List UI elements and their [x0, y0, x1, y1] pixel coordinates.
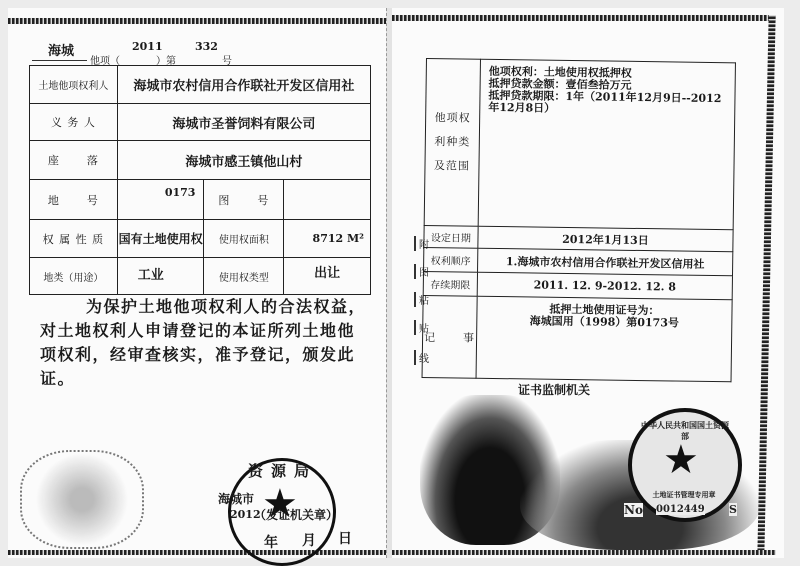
date-unit-year: 年 [264, 532, 278, 552]
side-label-char: 粘 [414, 292, 430, 307]
seal-year: 2012 [230, 508, 261, 521]
side-label-char: 附 [414, 236, 430, 251]
label-lot-number: 地 号 [30, 180, 118, 220]
supervisor-label: 证书监制机关 [518, 381, 590, 398]
table-row: 地 号 0173 图 号 [30, 180, 371, 220]
label-ownership-nature: 权 属 性 质 [30, 220, 118, 258]
rosette-emblem-icon [20, 450, 144, 549]
table-row: 权 属 性 质 国有土地使用权 使用权面积 8712 M² [30, 220, 371, 258]
seal-ring-text: 中华人民共和国国土资源部 [640, 420, 730, 442]
table-row: 土地他项权利人 海城市农村信用合作联社开发区信用社 [30, 66, 371, 104]
side-label-char: 线 [414, 350, 430, 365]
value-land-use: 工业 [117, 258, 204, 295]
value-rights-scope: 他项权利：土地使用权抵押权 抵押贷款金额：壹佰叁拾万元 抵押贷款期限：1年（20… [478, 59, 735, 230]
seal-bottom-text: 土地证书管理专用章 [648, 490, 720, 500]
label-set-date: 设定日期 [424, 225, 478, 248]
serial-suffix: S [729, 503, 737, 516]
value-duration: 2011. 12. 9-2012. 12. 8 [477, 272, 732, 300]
label-use-type: 使用权类型 [204, 258, 284, 295]
label-land-use: 地类（用途） [30, 258, 118, 295]
decorative-border-bottom-left [8, 550, 386, 555]
certification-statement: 为保护土地他项权利人的合法权益，对土地权利人申请登记的本证所列土地他项权利，经审… [40, 295, 370, 391]
value-use-type: 出让 [284, 258, 371, 295]
label-rights-scope: 他项权利种类及范围 [424, 59, 480, 227]
value-use-area: 8712 M² [284, 220, 371, 258]
decorative-border-bottom-right [392, 550, 776, 555]
label-use-area: 使用权面积 [204, 220, 284, 258]
seal-top-text: 资源局 [248, 460, 317, 481]
label-notes: 记 事 [422, 295, 477, 378]
serial-number: 0012449 [656, 504, 705, 515]
label-duration: 存续期限 [423, 271, 477, 296]
date-unit-day: 日 [338, 528, 352, 548]
table-row: 座 落 海城市感王镇他山村 [30, 141, 371, 180]
table-row: 义 务 人 海城市圣誉饲料有限公司 [30, 104, 371, 141]
date-unit-month: 月 [302, 530, 316, 550]
label-location: 座 落 [30, 141, 118, 180]
notes-line: 海城国用（1998）第0173号 [477, 315, 731, 331]
certificate-table-left: 土地他项权利人 海城市农村信用合作联社开发区信用社 义 务 人 海城市圣誉饲料有… [29, 65, 371, 295]
value-ownership-nature: 国有土地使用权 [117, 220, 204, 258]
label-rights-order: 权利顺序 [424, 247, 478, 272]
header-number: 332 [195, 40, 218, 53]
decorative-border-top-left [8, 18, 386, 24]
value-lot-number: 0173 [117, 180, 204, 220]
value-notes: 抵押土地使用证号为： 海城国用（1998）第0173号 [476, 296, 732, 382]
seal-star-icon: ★ [663, 440, 699, 480]
value-location: 海城市感王镇他山村 [117, 141, 370, 180]
value-obligor: 海城市圣誉饲料有限公司 [117, 104, 370, 141]
serial-prefix: No [624, 503, 643, 517]
side-label-char: 图 [414, 264, 430, 279]
decorative-border-top-right [392, 15, 776, 21]
certificate-table-right: 他项权利种类及范围 他项权利：土地使用权抵押权 抵押贷款金额：壹佰叁拾万元 抵押… [422, 58, 736, 382]
seal-issuer-city: 海城市 [218, 490, 254, 507]
value-map-number [284, 180, 371, 220]
header-underline [32, 60, 87, 61]
label-rights-holder: 土地他项权利人 [30, 66, 118, 104]
label-obligor: 义 务 人 [30, 104, 118, 141]
loan-term-line: 抵押贷款期限：1年（2011年12月9日--2012年12月8日） [488, 90, 726, 117]
header-district: 海城 [48, 40, 74, 59]
value-rights-order: 1.海城市农村信用合作联社开发区信用社 [477, 248, 732, 276]
table-row: 他项权利种类及范围 他项权利：土地使用权抵押权 抵押贷款金额：壹佰叁拾万元 抵押… [424, 59, 735, 230]
table-row: 记 事 抵押土地使用证号为： 海城国用（1998）第0173号 [422, 295, 732, 381]
table-row: 地类（用途） 工业 使用权类型 出让 [30, 258, 371, 295]
label-map-number: 图 号 [204, 180, 284, 220]
seal-issuer-label: （发证机关章） [254, 506, 338, 523]
value-rights-holder: 海城市农村信用合作联社开发区信用社 [117, 66, 370, 104]
side-label-char: 贴 [414, 320, 430, 335]
